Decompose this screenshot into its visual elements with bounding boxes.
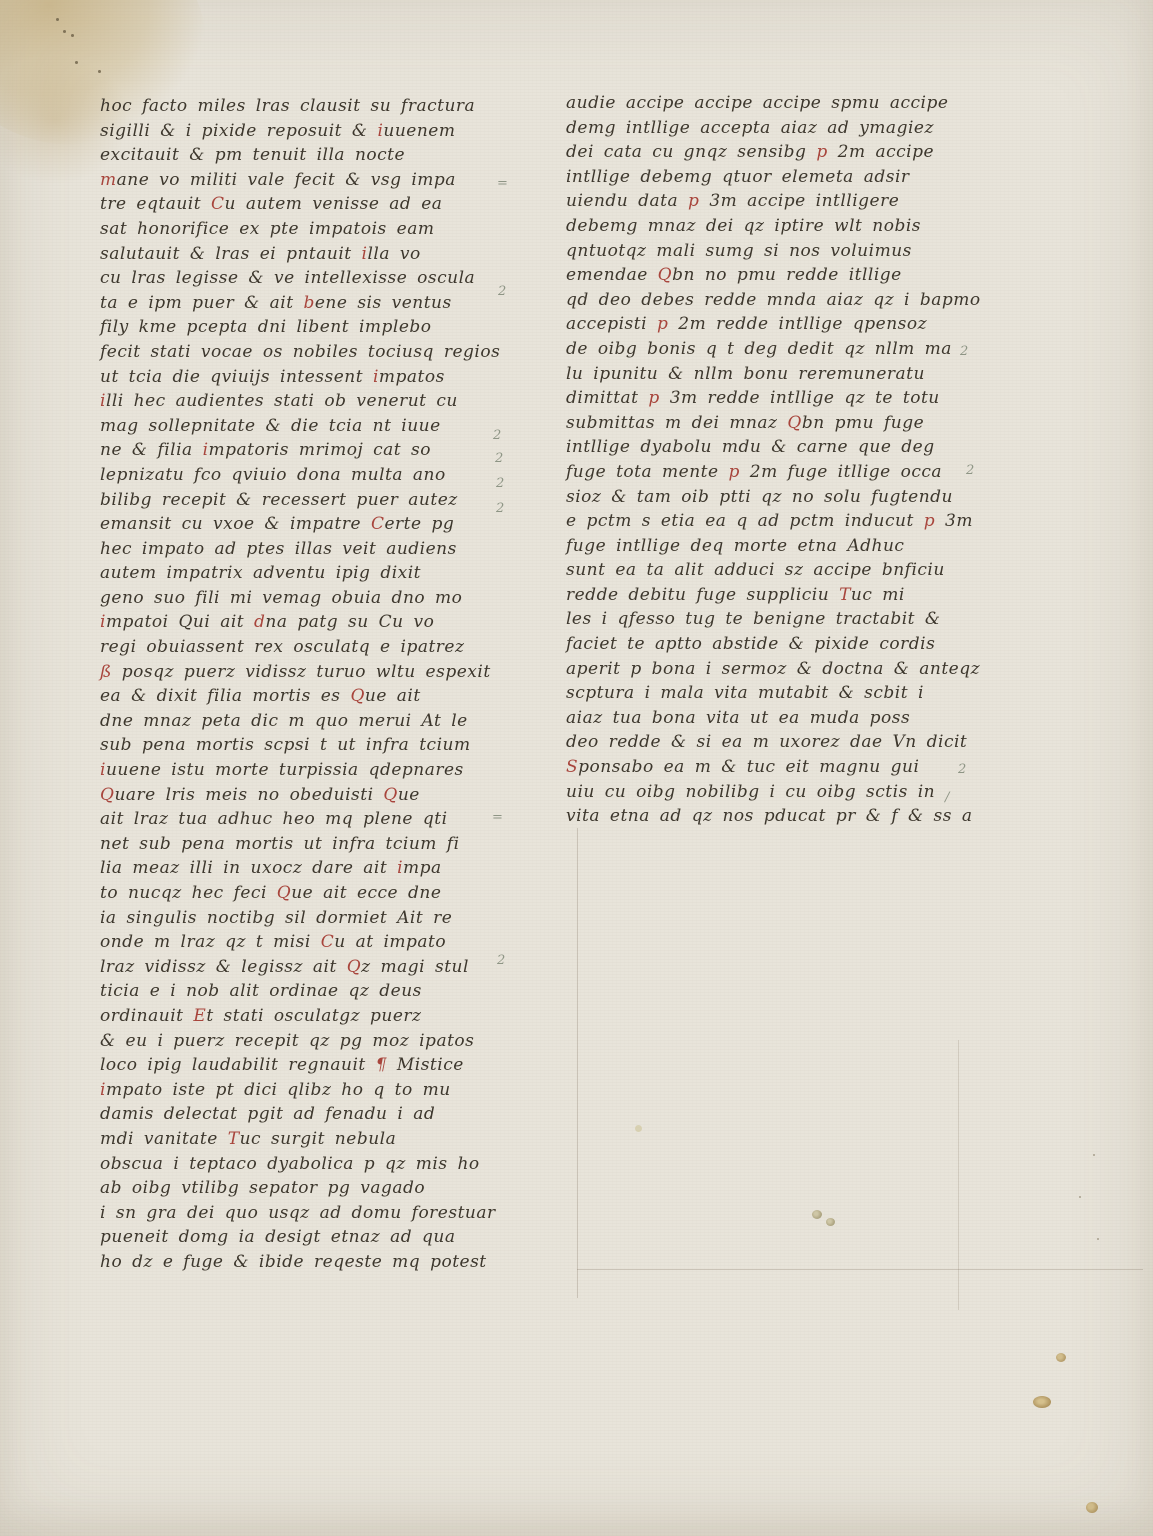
manuscript-line: Sponsabo ea m & tuc eit magnu gui: [566, 755, 996, 780]
manuscript-line: illi hec audientes stati ob venerut cu: [100, 389, 548, 414]
manuscript-line: & eu i puerz recepit qz pg moz ipatos: [100, 1029, 548, 1054]
ruling-line-vertical: [577, 828, 578, 1298]
manuscript-line: faciet te aptto abstide & pixide cordis: [566, 632, 996, 657]
ink-speck: [1097, 1238, 1099, 1240]
manuscript-line: cu lras legisse & ve intellexisse oscula: [100, 266, 548, 291]
manuscript-line: sunt ea ta alit adduci sz accipe bnficiu: [566, 558, 996, 583]
manuscript-line: excitauit & pm tenuit illa nocte: [100, 143, 548, 168]
ink-speck: [1079, 1196, 1081, 1198]
manuscript-line: to nucqz hec feci Que ait ecce dne: [100, 881, 548, 906]
manuscript-line: uiendu data p 3m accipe intlligere: [566, 189, 996, 214]
stain-droplet: [826, 1218, 835, 1226]
manuscript-line: accepisti p 2m redde intllige qpensoz: [566, 312, 996, 337]
manuscript-line: scptura i mala vita mutabit & scbit i: [566, 681, 996, 706]
ink-speck: [63, 30, 66, 33]
manuscript-line: aiaz tua bona vita ut ea muda poss: [566, 706, 996, 731]
manuscript-line: lraz vidissz & legissz ait Qz magi stul: [100, 955, 548, 980]
manuscript-line: emansit cu vxoe & impatre Certe pg: [100, 512, 548, 537]
manuscript-line: fuge tota mente p 2m fuge itllige occa: [566, 460, 996, 485]
manuscript-line: ab oibg vtilibg sepator pg vagado: [100, 1176, 548, 1201]
manuscript-line: pueneit domg ia desigt etnaz ad qua: [100, 1225, 548, 1250]
manuscript-line: autem impatrix adventu ipig dixit: [100, 561, 548, 586]
ink-speck: [1093, 1154, 1095, 1156]
manuscript-line: i sn gra dei quo usqz ad domu forestuar: [100, 1201, 548, 1226]
manuscript-line: damis delectat pgit ad fenadu i ad: [100, 1102, 548, 1127]
manuscript-line: geno suo fili mi vemag obuia dno mo: [100, 586, 548, 611]
manuscript-line: ia singulis noctibg sil dormiet Ait re: [100, 906, 548, 931]
manuscript-line: mane vo militi vale fecit & vsg impa: [100, 168, 548, 193]
manuscript-line: sub pena mortis scpsi t ut infra tcium: [100, 733, 548, 758]
manuscript-line: lu ipunitu & nllm bonu reremuneratu: [566, 362, 996, 387]
manuscript-line: demg intllige accepta aiaz ad ymagiez: [566, 116, 996, 141]
ink-speck: [98, 70, 101, 73]
manuscript-line: iuuene istu morte turpissia qdepnares: [100, 758, 548, 783]
manuscript-line: vita etna ad qz nos pducat pr & f & ss a: [566, 804, 996, 829]
manuscript-line: ta e ipm puer & ait bene sis ventus: [100, 291, 548, 316]
manuscript-line: ne & filia impatoris mrimoj cat so: [100, 438, 548, 463]
manuscript-page: hoc facto miles lras clausit su fractura…: [0, 0, 1153, 1536]
manuscript-line: dimittat p 3m redde intllige qz te totu: [566, 386, 996, 411]
manuscript-line: aperit p bona i sermoz & doctna & anteqz: [566, 657, 996, 682]
manuscript-line: les i qfesso tug te benigne tractabit &: [566, 607, 996, 632]
manuscript-line: hoc facto miles lras clausit su fractura: [100, 94, 548, 119]
manuscript-line: audie accipe accipe accipe spmu accipe: [566, 91, 996, 116]
manuscript-line: ticia e i nob alit ordinae qz deus: [100, 979, 548, 1004]
manuscript-line: fuge intllige deq morte etna Adhuc: [566, 534, 996, 559]
text-column-left: hoc facto miles lras clausit su fractura…: [100, 94, 548, 1275]
manuscript-line: sat honorifice ex pte impatois eam: [100, 217, 548, 242]
manuscript-line: redde debitu fuge suppliciu Tuc mi: [566, 583, 996, 608]
manuscript-line: ea & dixit filia mortis es Que ait: [100, 684, 548, 709]
manuscript-line: regi obuiassent rex osculatq e ipatrez: [100, 635, 548, 660]
manuscript-line: fily kme pcepta dni libent implebo: [100, 315, 548, 340]
manuscript-line: salutauit & lras ei pntauit illa vo: [100, 242, 548, 267]
manuscript-line: uiu cu oibg nobilibg i cu oibg sctis in: [566, 780, 996, 805]
stain-droplet: [1086, 1502, 1098, 1513]
manuscript-line: ut tcia die qviuijs intessent impatos: [100, 365, 548, 390]
stain-droplet: [1056, 1353, 1066, 1362]
ruling-line-horizontal: [577, 1269, 1143, 1270]
manuscript-line: debemg mnaz dei qz iptire wlt nobis: [566, 214, 996, 239]
manuscript-line: tre eqtauit Cu autem venisse ad ea: [100, 192, 548, 217]
manuscript-line: qd deo debes redde mnda aiaz qz i bapmo: [566, 288, 996, 313]
manuscript-line: e pctm s etia ea q ad pctm inducut p 3m: [566, 509, 996, 534]
stain-droplet: [1033, 1396, 1051, 1408]
manuscript-line: sioz & tam oib ptti qz no solu fugtendu: [566, 485, 996, 510]
manuscript-line: impato iste pt dici qlibz ho q to mu: [100, 1078, 548, 1103]
manuscript-line: dne mnaz peta dic m quo merui At le: [100, 709, 548, 734]
manuscript-line: sigilli & i pixide reposuit & iuuenem: [100, 119, 548, 144]
ink-speck: [56, 18, 59, 21]
manuscript-line: hec impato ad ptes illas veit audiens: [100, 537, 548, 562]
manuscript-line: fecit stati vocae os nobiles tociusq reg…: [100, 340, 548, 365]
manuscript-line: lepnizatu fco qviuio dona multa ano: [100, 463, 548, 488]
manuscript-line: emendae Qbn no pmu redde itllige: [566, 263, 996, 288]
manuscript-line: mdi vanitate Tuc surgit nebula: [100, 1127, 548, 1152]
manuscript-line: loco ipig laudabilit regnauit ¶ Mistice: [100, 1053, 548, 1078]
manuscript-line: submittas m dei mnaz Qbn pmu fuge: [566, 411, 996, 436]
manuscript-line: deo redde & si ea m uxorez dae Vn dicit: [566, 730, 996, 755]
stain-droplet: [812, 1210, 822, 1219]
manuscript-line: mag sollepnitate & die tcia nt iuue: [100, 414, 548, 439]
manuscript-line: ordinauit Et stati osculatgz puerz: [100, 1004, 548, 1029]
manuscript-line: qntuotqz mali sumg si nos voluimus: [566, 239, 996, 264]
manuscript-line: impatoi Qui ait dna patg su Cu vo: [100, 610, 548, 635]
manuscript-line: ß posqz puerz vidissz turuo wltu espexit: [100, 660, 548, 685]
manuscript-line: de oibg bonis q t deg dedit qz nllm ma: [566, 337, 996, 362]
manuscript-line: net sub pena mortis ut infra tcium fi: [100, 832, 548, 857]
manuscript-line: lia meaz illi in uxocz dare ait impa: [100, 856, 548, 881]
manuscript-line: onde m lraz qz t misi Cu at impato: [100, 930, 548, 955]
manuscript-line: obscua i teptaco dyabolica p qz mis ho: [100, 1152, 548, 1177]
ink-speck: [75, 61, 78, 64]
manuscript-line: bilibg recepit & recessert puer autez: [100, 488, 548, 513]
manuscript-line: Quare lris meis no obeduisti Que: [100, 783, 548, 808]
stain-droplet: [635, 1125, 642, 1132]
text-column-right: audie accipe accipe accipe spmu accipede…: [566, 91, 996, 829]
manuscript-line: ait lraz tua adhuc heo mq plene qti: [100, 807, 548, 832]
ink-speck: [71, 34, 74, 37]
manuscript-line: dei cata cu gnqz sensibg p 2m accipe: [566, 140, 996, 165]
manuscript-line: intllige dyabolu mdu & carne que deg: [566, 435, 996, 460]
manuscript-line: intllige debemg qtuor elemeta adsir: [566, 165, 996, 190]
manuscript-line: ho dz e fuge & ibide reqeste mq potest: [100, 1250, 548, 1275]
